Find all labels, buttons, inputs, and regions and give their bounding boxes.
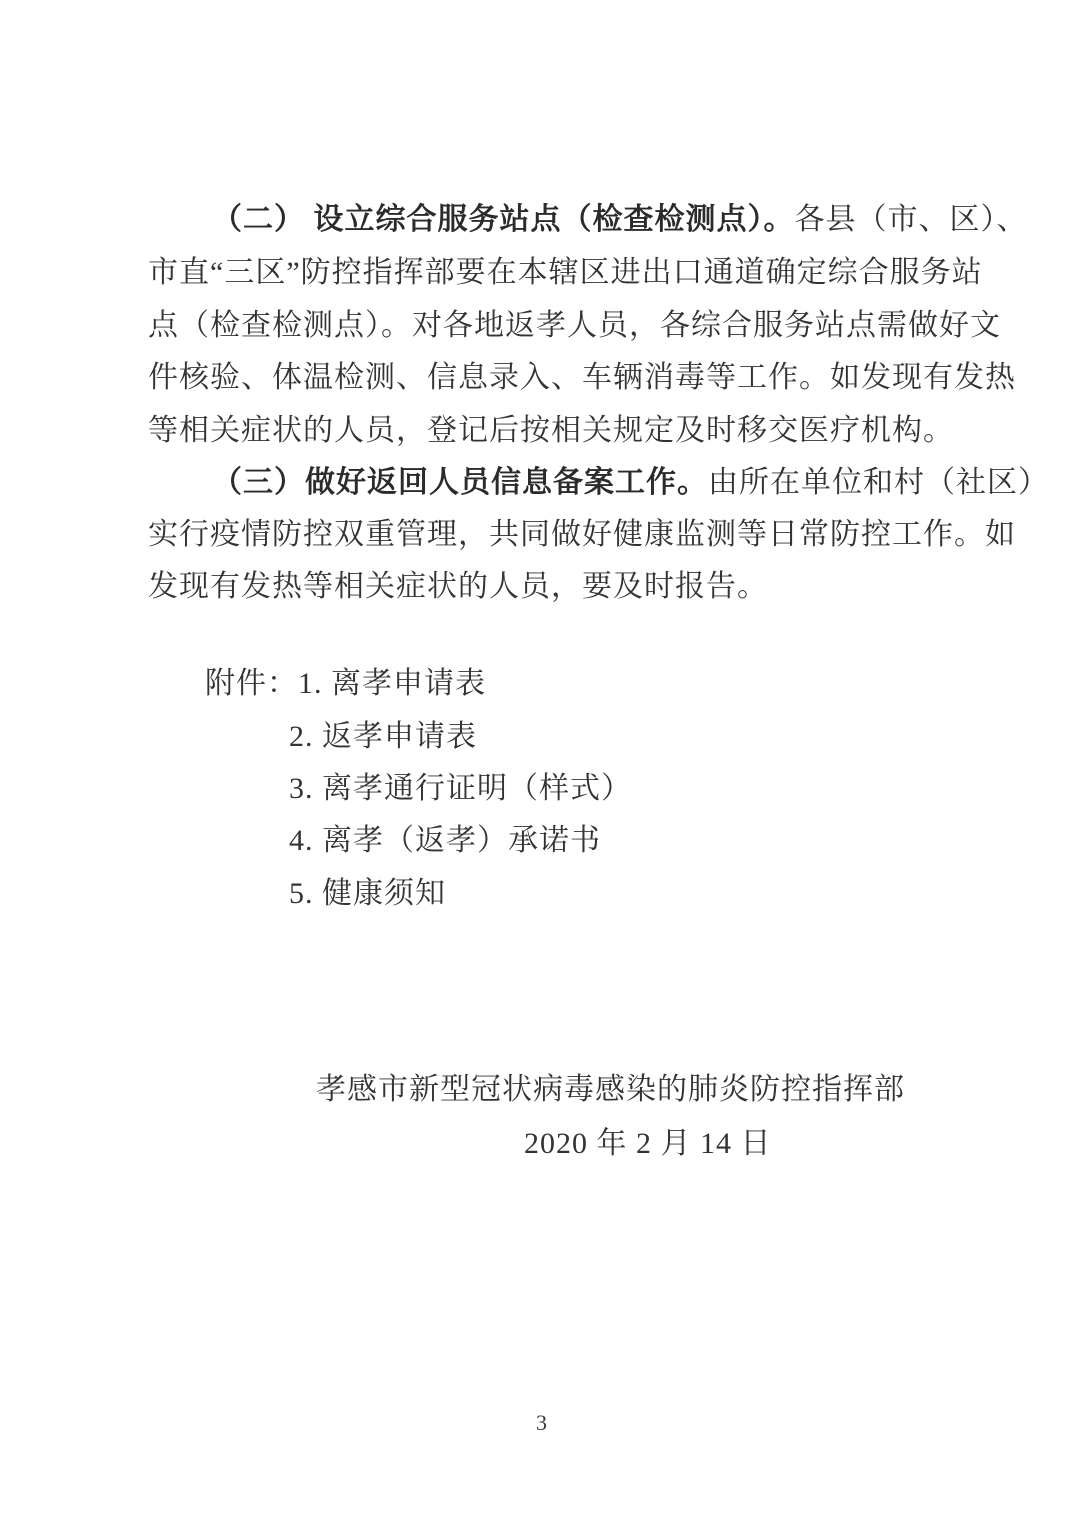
attachments-row-1: 附件：1. 离孝申请表 [205, 664, 486, 704]
attachment-item-3: 3. 离孝通行证明（样式） [289, 769, 632, 809]
para2-line2: 市直“三区”防控指挥部要在本辖区进出口通道确定综合服务站 [148, 253, 983, 293]
para3-lead-heading: （三）做好返回人员信息备案工作。 [212, 466, 708, 499]
para2-line1-rest: 各县（市、区）、 [795, 203, 1028, 236]
para2-line5: 等相关症状的人员，登记后按相关规定及时移交医疗机构。 [148, 411, 954, 451]
para3-line1-rest: 由所在单位和村（社区） [708, 466, 1049, 499]
attachment-item-2: 2. 返孝申请表 [289, 717, 477, 757]
attachment-item-4: 4. 离孝（返孝）承诺书 [289, 821, 601, 861]
attachment-item-1: 1. 离孝申请表 [298, 664, 486, 704]
para2-line1: （二） 设立综合服务站点（检查检测点）。各县（市、区）、 [212, 200, 1028, 240]
para2-line3: 点（检查检测点）。对各地返孝人员，各综合服务站点需做好文 [148, 306, 1001, 346]
document-date: 2020 年 2 月 14 日 [524, 1124, 772, 1164]
attachment-item-5: 5. 健康须知 [289, 874, 446, 914]
page-number: 3 [536, 1410, 547, 1436]
para2-line4: 件核验、体温检测、信息录入、车辆消毒等工作。如发现有发热 [148, 358, 1016, 398]
para3-line3: 发现有发热等相关症状的人员，要及时报告。 [148, 567, 768, 607]
attachments-label: 附件： [205, 664, 298, 704]
para2-lead-heading: （二） 设立综合服务站点（检查检测点）。 [212, 203, 795, 236]
document-page: （二） 设立综合服务站点（检查检测点）。各县（市、区）、 市直“三区”防控指挥部… [0, 0, 1080, 1528]
para3-line2: 实行疫情防控双重管理，共同做好健康监测等日常防控工作。如 [148, 515, 1016, 555]
para3-line1: （三）做好返回人员信息备案工作。由所在单位和村（社区） [212, 463, 1049, 503]
issuer-signature: 孝感市新型冠状病毒感染的肺炎防控指挥部 [316, 1070, 905, 1110]
